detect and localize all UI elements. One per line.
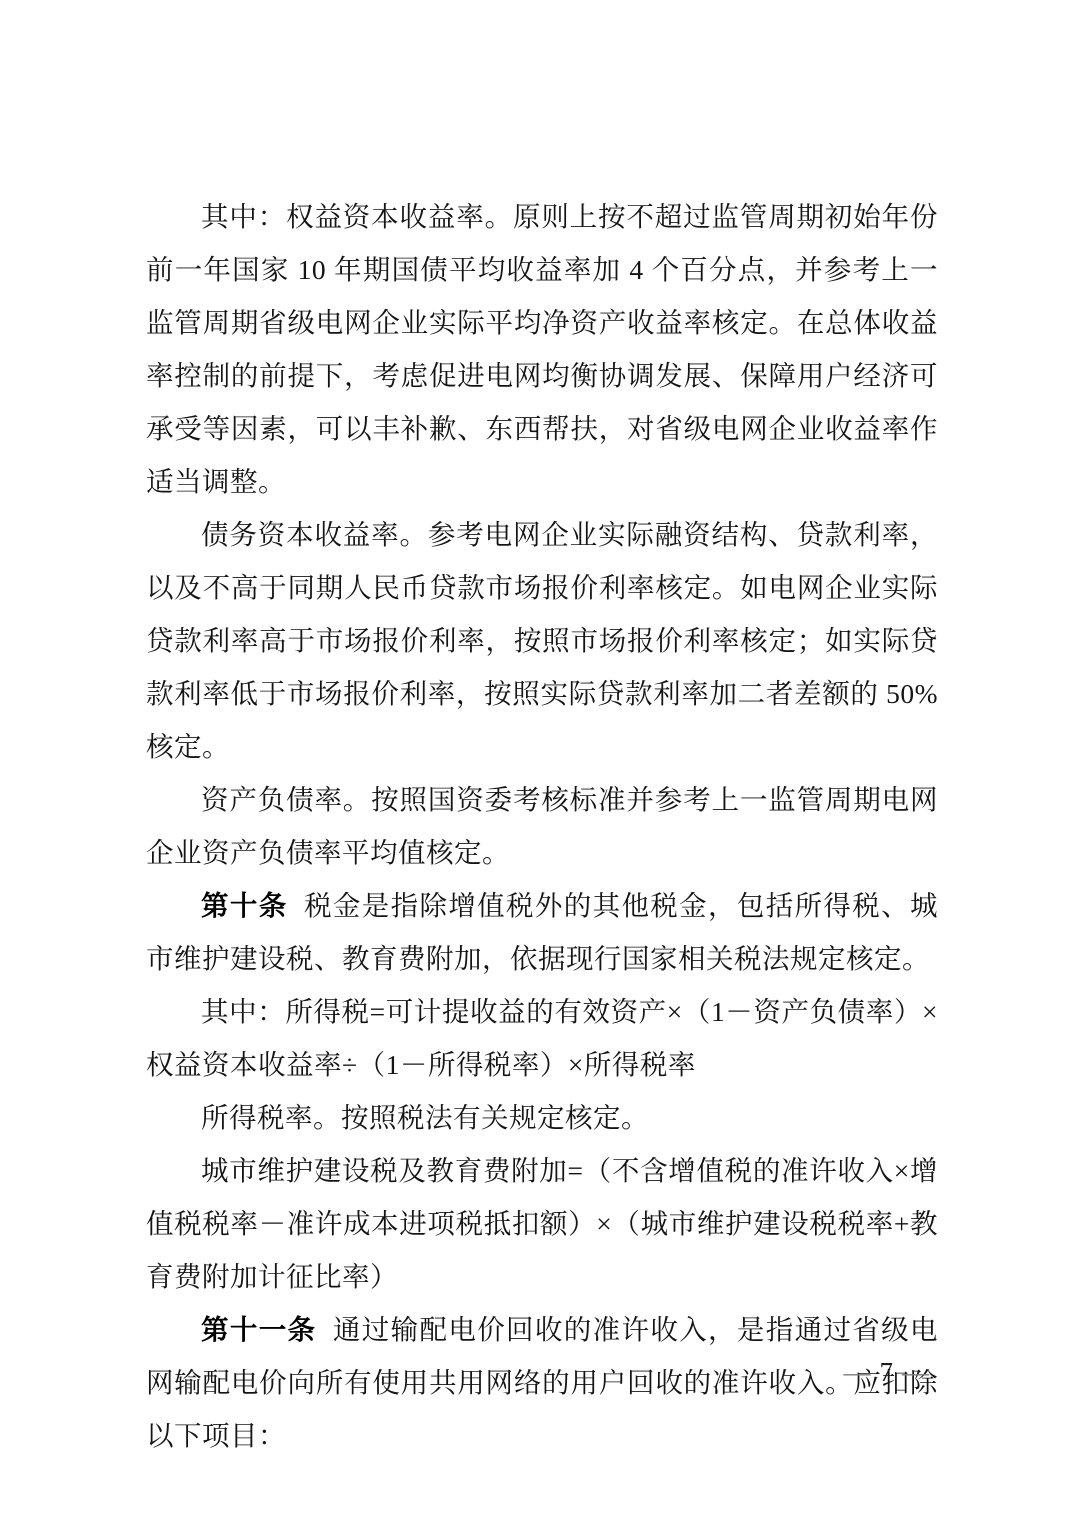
paragraph-text: 资产负债率。按照国资委考核标准并参考上一监管周期电网企业资产负债率平均值核定。 (146, 784, 938, 868)
paragraph: 第十条税金是指除增值税外的其他税金，包括所得税、城市维护建设税、教育费附加，依据… (146, 879, 938, 985)
paragraph-text: 其中：所得税=可计提收益的有效资产×（1－资产负债率）×权益资本收益率÷（1－所… (146, 996, 938, 1080)
article-number: 第十条 (201, 890, 288, 921)
footer-dash-left: — (835, 1357, 880, 1387)
paragraph: 其中：所得税=可计提收益的有效资产×（1－资产负债率）×权益资本收益率÷（1－所… (146, 985, 938, 1091)
paragraph-text: 债务资本收益率。参考电网企业实际融资结构、贷款利率，以及不高于同期人民币贷款市场… (146, 519, 938, 762)
paragraph: 所得税率。按照税法有关规定核定。 (146, 1091, 938, 1144)
paragraph: 债务资本收益率。参考电网企业实际融资结构、贷款利率，以及不高于同期人民币贷款市场… (146, 508, 938, 773)
paragraph: 其中：权益资本收益率。原则上按不超过监管周期初始年份前一年国家 10 年期国债平… (146, 190, 938, 508)
paragraph: 城市维护建设税及教育费附加=（不含增值税的准许收入×增值税税率－准许成本进项税抵… (146, 1144, 938, 1303)
page-footer: —7— (835, 1352, 939, 1392)
article-number: 第十一条 (201, 1314, 316, 1345)
paragraph: 资产负债率。按照国资委考核标准并参考上一监管周期电网企业资产负债率平均值核定。 (146, 773, 938, 879)
paragraph-text: 所得税率。按照税法有关规定核定。 (201, 1102, 649, 1133)
paragraph-text: 城市维护建设税及教育费附加=（不含增值税的准许收入×增值税税率－准许成本进项税抵… (146, 1155, 938, 1292)
paragraph: 第十一条通过输配电价回收的准许收入，是指通过省级电网输配电价向所有使用共用网络的… (146, 1303, 938, 1462)
page-number: 7 (880, 1357, 894, 1387)
document-page: 其中：权益资本收益率。原则上按不超过监管周期初始年份前一年国家 10 年期国债平… (0, 0, 1080, 1528)
document-body: 其中：权益资本收益率。原则上按不超过监管周期初始年份前一年国家 10 年期国债平… (146, 190, 938, 1462)
footer-dash-right: — (893, 1357, 938, 1387)
paragraph-text: 其中：权益资本收益率。原则上按不超过监管周期初始年份前一年国家 10 年期国债平… (146, 201, 938, 497)
